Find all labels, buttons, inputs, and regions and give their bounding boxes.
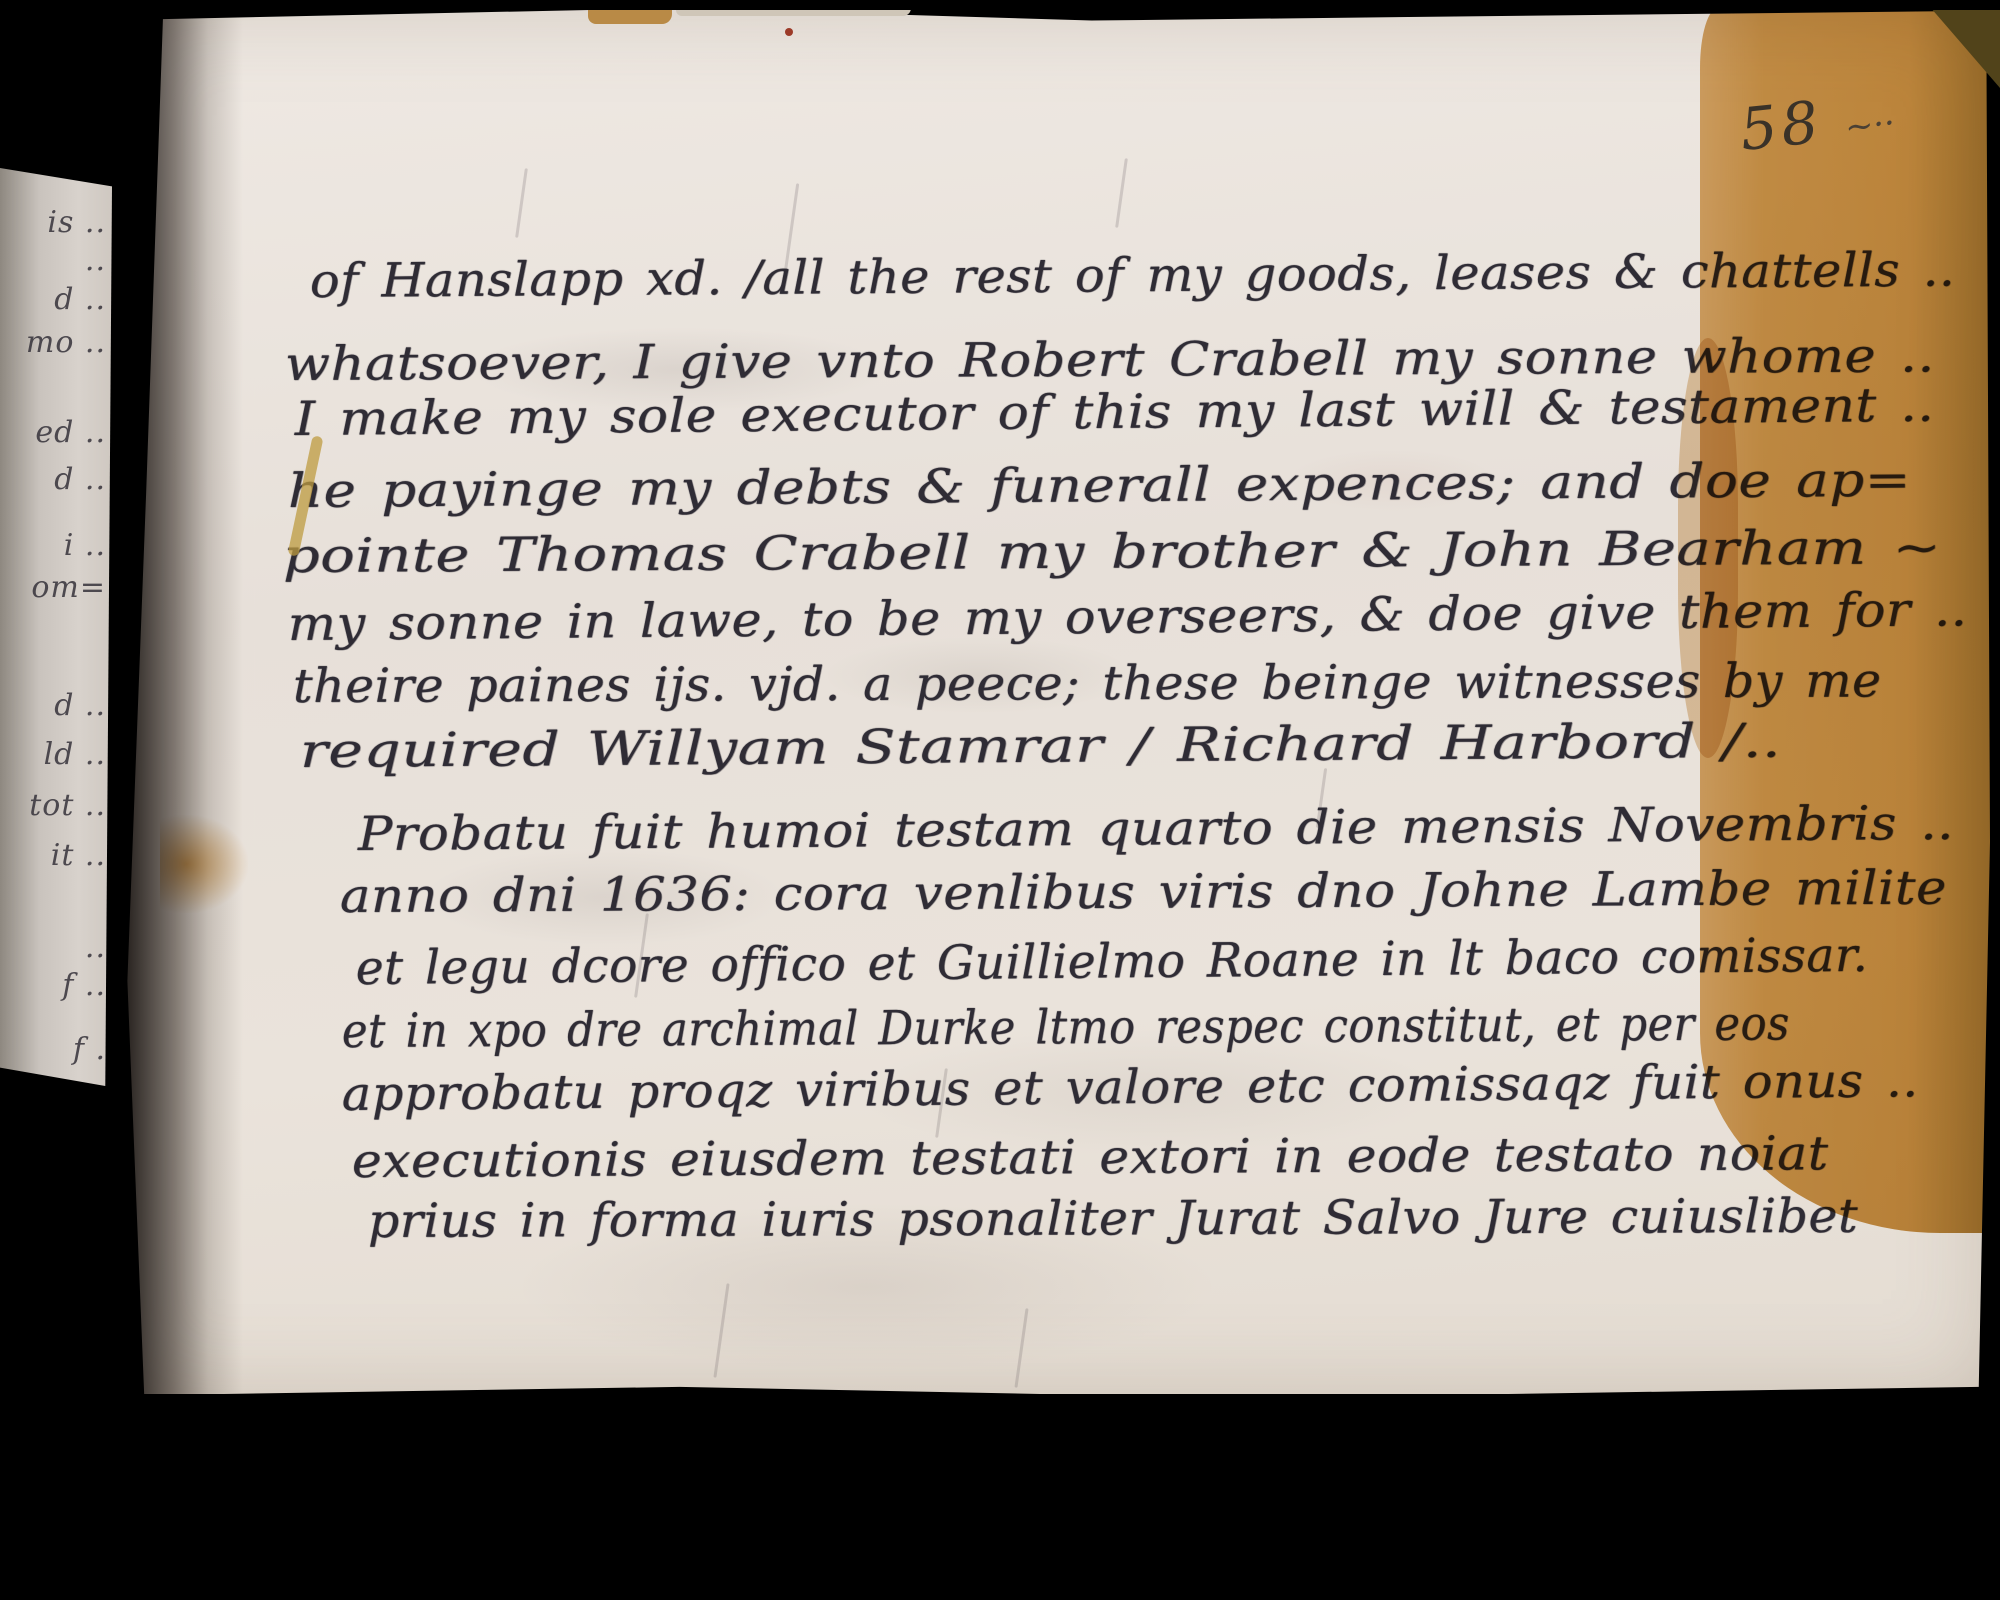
gutter-shadow	[118, 8, 243, 1398]
margin-fragment: om=	[31, 570, 106, 605]
ink-showthrough-mark	[1115, 158, 1128, 228]
margin-fragment: d ..	[54, 462, 106, 497]
manuscript-line: required Willyam Stamrar / Richard Harbo…	[300, 718, 1782, 775]
water-stain	[1700, 8, 1990, 1233]
margin-fragment: ..	[85, 243, 106, 278]
photo-border-bottom	[0, 1394, 2000, 1600]
ink-showthrough-mark	[1014, 1308, 1028, 1388]
manuscript-line: et legu dcore offico et Guillielmo Roane…	[356, 932, 1869, 992]
manuscript-photo: is .. .. d .. mo .. ed .. d .. i .. om= …	[0, 0, 2000, 1600]
margin-fragment: ..	[85, 930, 106, 965]
margin-fragment: i ..	[64, 528, 106, 563]
facing-page-strip: is .. .. d .. mo .. ed .. d .. i .. om= …	[0, 168, 112, 1086]
margin-fragment: ld ..	[44, 737, 106, 772]
margin-fragment: mo ..	[26, 325, 106, 360]
manuscript-page: of Hanslapp xd. /all the rest of my good…	[118, 8, 1990, 1398]
page-number-flourish: ~··	[1843, 103, 1897, 148]
manuscript-line: et in xpo dre archimal Durke ltmo respec…	[342, 1000, 1790, 1055]
margin-fragment: f .	[73, 1032, 106, 1067]
margin-fragment: it ..	[51, 838, 106, 873]
margin-fragment: d ..	[54, 282, 106, 317]
margin-fragment: ed ..	[35, 415, 106, 450]
manuscript-line: theire paines ijs. vjd. a peece; these b…	[293, 657, 1882, 710]
photo-border-top	[0, 0, 2000, 10]
water-stain-halo	[1678, 338, 1738, 758]
margin-fragment: is ..	[47, 205, 106, 240]
manuscript-line: executionis eiusdem testati extori in eo…	[352, 1130, 1829, 1185]
red-speck	[785, 28, 793, 36]
manuscript-line: he payinge my debts & funerall expences;…	[288, 457, 1911, 515]
manuscript-line: prius in forma iuris psonaliter Jurat Sa…	[368, 1193, 1858, 1245]
manuscript-line: approbatu proqz viribus et valore etc co…	[342, 1057, 1919, 1118]
margin-fragment: f ..	[62, 968, 106, 1003]
margin-fragment: tot ..	[29, 788, 106, 823]
ink-showthrough-mark	[713, 1283, 729, 1377]
ink-showthrough-mark	[515, 168, 528, 238]
margin-fragment: d ..	[54, 688, 106, 723]
page-number-value: 58	[1737, 88, 1825, 164]
